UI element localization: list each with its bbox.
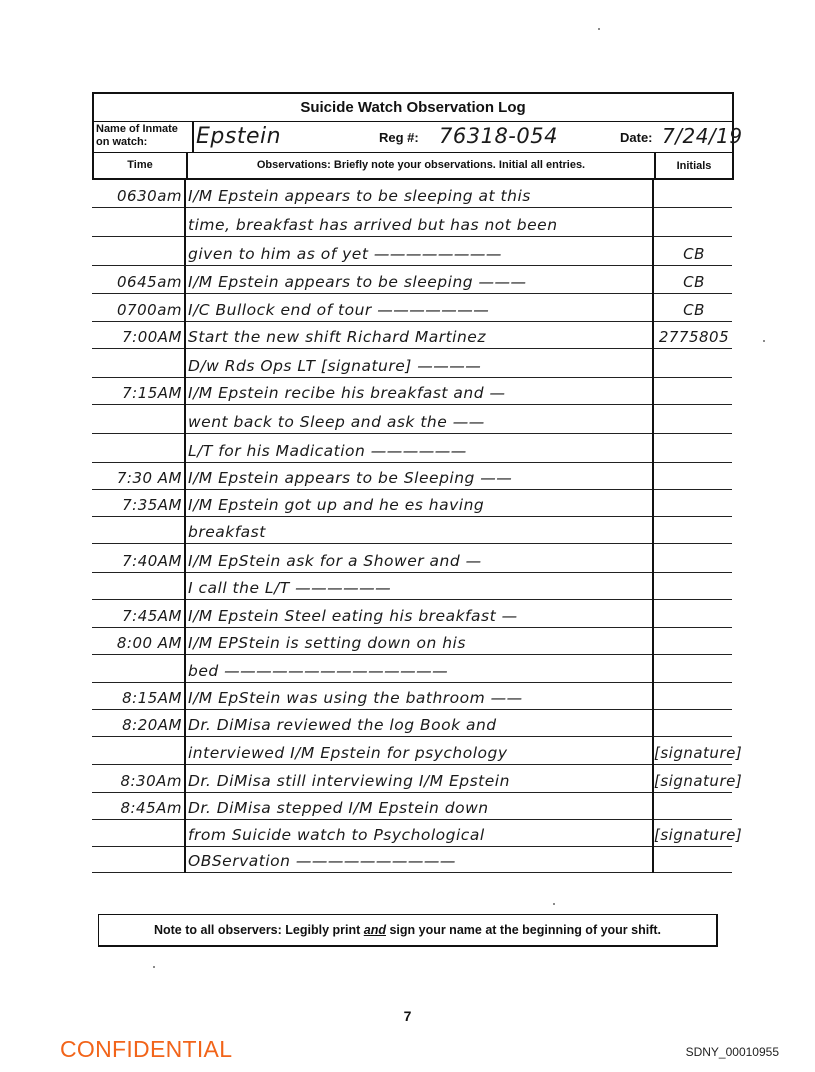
confidential-stamp: CONFIDENTIAL [60,1036,232,1063]
row-observation: bed —————————————— [188,661,748,681]
name-divider [192,121,194,152]
reg-label: Reg #: [379,130,419,145]
date-label: Date: [620,130,653,145]
table-row: given to him as of yet ————————CB [92,237,732,266]
table-row: interviewed I/M Epstein for psychology[s… [92,737,732,765]
scan-speck [553,903,555,905]
row-initials: CB [654,300,734,320]
table-row: 7:35AMI/M Epstein got up and he es havin… [92,490,732,517]
table-row: 8:45AmDr. DiMisa stepped I/M Epstein dow… [92,793,732,820]
row-time: 8:15AM [92,688,182,708]
column-divider-time [184,178,186,873]
table-row: went back to Sleep and ask the —— [92,405,732,434]
inmate-name-value: Epstein [196,121,281,152]
row-observation: breakfast [188,522,748,542]
note-text-before: Note to all observers: Legibly print [154,923,364,937]
table-row: OBServation —————————— [92,847,732,873]
table-row: 0700amI/C Bullock end of tour ———————CB [92,294,732,322]
table-row: 8:00 AMI/M EPStein is setting down on hi… [92,628,732,655]
table-row: bed —————————————— [92,655,732,683]
row-time: 8:30Am [92,771,182,791]
table-row: 7:45AMI/M Epstein Steel eating his break… [92,600,732,628]
row-observation: I/M Epstein appears to be Sleeping —— [188,468,748,488]
column-header-observations: Observations: Briefly note your observat… [188,159,654,171]
row-observation: Dr. DiMisa reviewed the log Book and [188,715,748,735]
row-time: 7:30 AM [92,468,182,488]
row-time: 8:00 AM [92,633,182,653]
row-initials: 2775805 [654,327,734,347]
row-initials: CB [654,272,734,292]
observer-note: Note to all observers: Legibly print and… [98,914,718,947]
reg-number-value: 76318-054 [439,121,558,152]
table-row: I call the L/T —————— [92,573,732,600]
inmate-name-label: Name of Inmate on watch: [96,123,178,149]
row-observation: OBServation —————————— [188,851,748,871]
row-observation: I/M Epstein Steel eating his breakfast — [188,606,748,626]
table-row: 8:20AMDr. DiMisa reviewed the log Book a… [92,710,732,737]
date-value: 7/24/19 [662,121,743,152]
row-time: 7:45AM [92,606,182,626]
header-divider-initials [654,153,656,178]
row-time: 0630am [92,186,182,206]
form-title: Suicide Watch Observation Log [92,92,734,122]
column-header-time: Time [94,159,186,171]
page-number: 7 [0,1008,815,1024]
row-observation: Dr. DiMisa stepped I/M Epstein down [188,798,748,818]
row-observation: time, breakfast has arrived but has not … [188,215,748,235]
row-observation: I/M EPStein is setting down on his [188,633,748,653]
table-row: 8:30AmDr. DiMisa still interviewing I/M … [92,765,732,793]
row-initials: [signature] [654,825,734,845]
table-row: breakfast [92,517,732,544]
scan-speck [763,340,765,342]
row-time: 7:00AM [92,327,182,347]
table-row: 7:40AMI/M EpStein ask for a Shower and — [92,544,732,573]
row-initials: [signature] [654,743,734,763]
row-observation: I/M Epstein appears to be sleeping at th… [188,186,748,206]
table-row: 7:15AMI/M Epstein recibe his breakfast a… [92,378,732,405]
row-time: 0700am [92,300,182,320]
table-row: 0645amI/M Epstein appears to be sleeping… [92,266,732,294]
row-observation: D/w Rds Ops LT [signature] ———— [188,356,748,376]
table-row: 7:30 AMI/M Epstein appears to be Sleepin… [92,463,732,490]
row-observation: I call the L/T —————— [188,578,748,598]
row-observation: went back to Sleep and ask the —— [188,412,748,432]
row-time: 7:15AM [92,383,182,403]
scan-speck [598,28,600,30]
row-time: 0645am [92,272,182,292]
column-divider-initials [652,178,654,873]
table-row: L/T for his Madication —————— [92,434,732,463]
row-observation: L/T for his Madication —————— [188,441,748,461]
note-emphasis: and [364,923,386,937]
note-text-after: sign your name at the beginning of your … [386,923,661,937]
table-row: D/w Rds Ops LT [signature] ———— [92,349,732,378]
row-observation: I/M Epstein recibe his breakfast and — [188,383,748,403]
table-row: 7:00AMStart the new shift Richard Martin… [92,322,732,349]
table-row: from Suicide watch to Psychological[sign… [92,820,732,847]
table-row: 0630amI/M Epstein appears to be sleeping… [92,178,732,208]
row-observation: I/M EpStein ask for a Shower and — [188,551,748,571]
inmate-name-label-line2: on watch: [96,136,178,149]
inmate-info-row: Name of Inmate on watch: Epstein Reg #: … [92,121,734,153]
row-observation: I/M Epstein got up and he es having [188,495,748,515]
row-time: 8:45Am [92,798,182,818]
table-row: time, breakfast has arrived but has not … [92,208,732,237]
header-divider-time [186,153,188,178]
table-header: Time Observations: Briefly note your obs… [92,153,734,180]
scan-speck [153,966,155,968]
row-observation: I/M EpStein was using the bathroom —— [188,688,748,708]
row-time: 8:20AM [92,715,182,735]
row-initials: [signature] [654,771,734,791]
row-time: 7:35AM [92,495,182,515]
bates-number: SDNY_00010955 [686,1045,779,1059]
row-time: 7:40AM [92,551,182,571]
column-header-initials: Initials [656,160,732,172]
inmate-name-label-line1: Name of Inmate [96,123,178,136]
row-initials: CB [654,244,734,264]
table-row: 8:15AMI/M EpStein was using the bathroom… [92,683,732,710]
